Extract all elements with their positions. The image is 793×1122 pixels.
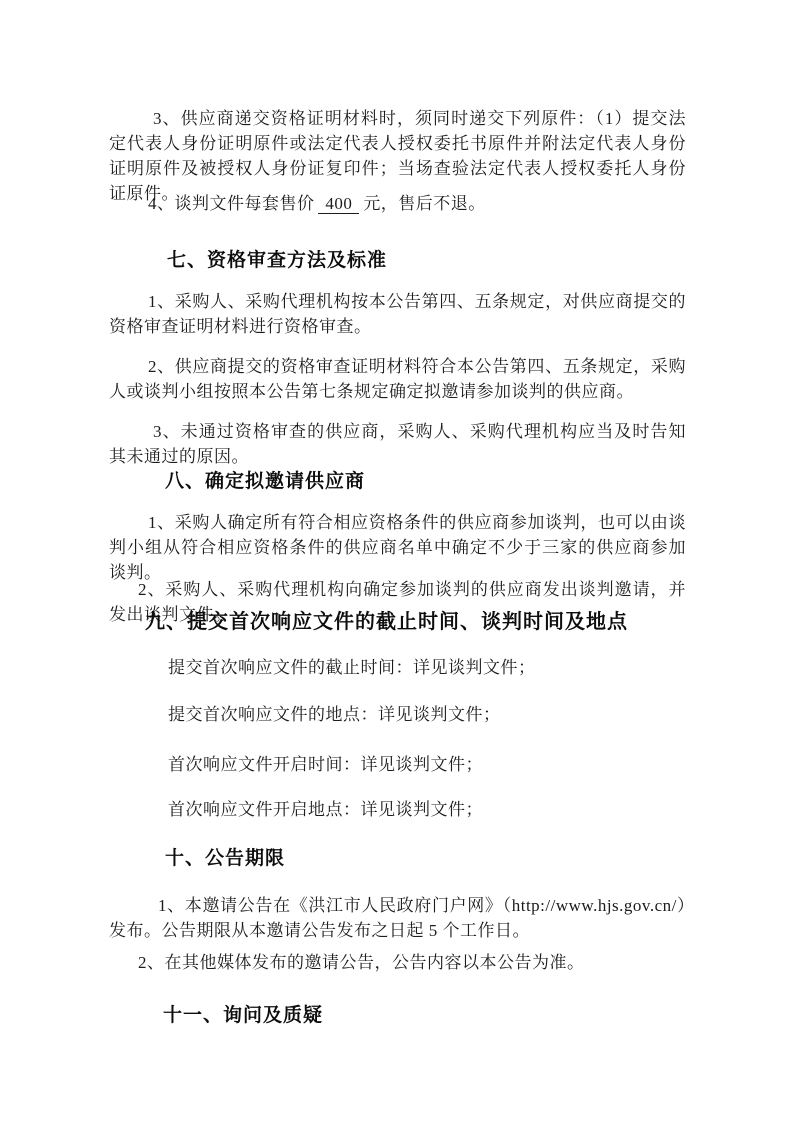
paragraph-text: 2、在其他媒体发布的邀请公告，公告内容以本公告为准。 (109, 950, 686, 975)
document-page: 3、供应商递交资格证明材料时，须同时递交下列原件：（1）提交法定代表人身份证明原… (0, 0, 793, 1122)
section-10-paragraph-1: 1、本邀请公告在《洪江市人民政府门户网》（http://www.hjs.gov.… (109, 893, 686, 943)
section-9-line-submit-place: 提交首次响应文件的地点：详见谈判文件； (168, 702, 501, 727)
section-7-paragraph-3: 3、未通过资格审查的供应商，采购人、采购代理机构应当及时告知其未通过的原因。 (109, 419, 686, 469)
section-9-line-open-time: 首次响应文件开启时间：详见谈判文件； (168, 752, 483, 777)
price-text-before: 4、谈判文件每套售价 (148, 194, 315, 213)
section-heading-8: 八、确定拟邀请供应商 (165, 470, 365, 494)
section-7-paragraph-2: 2、供应商提交的资格审查证明材料符合本公告第四、五条规定，采购人或谈判小组按照本… (109, 354, 686, 404)
paragraph-text: 4、谈判文件每套售价 400 元，售后不退。 (109, 191, 686, 216)
section-heading-9: 九、提交首次响应文件的截止时间、谈判时间及地点 (145, 610, 628, 634)
paragraph-text: 1、采购人、采购代理机构按本公告第四、五条规定，对供应商提交的资格审查证明材料进… (109, 289, 686, 339)
section-10-paragraph-2: 2、在其他媒体发布的邀请公告，公告内容以本公告为准。 (109, 950, 686, 975)
section-8-paragraph-1: 1、采购人确定所有符合相应资格条件的供应商参加谈判，也可以由谈判小组从符合相应资… (109, 510, 686, 585)
paragraph-text: 2、供应商提交的资格审查证明材料符合本公告第四、五条规定，采购人或谈判小组按照本… (109, 354, 686, 404)
paragraph-text: 3、未通过资格审查的供应商，采购人、采购代理机构应当及时告知其未通过的原因。 (109, 419, 686, 469)
paragraph-text: 1、采购人确定所有符合相应资格条件的供应商参加谈判，也可以由谈判小组从符合相应资… (109, 510, 686, 585)
section-9-line-deadline-time: 提交首次响应文件的截止时间：详见谈判文件； (168, 655, 536, 680)
price-text-after: 元，售后不退。 (363, 194, 486, 213)
section-7-paragraph-1: 1、采购人、采购代理机构按本公告第四、五条规定，对供应商提交的资格审查证明材料进… (109, 289, 686, 339)
section-heading-11: 十一、询问及质疑 (163, 1004, 323, 1028)
section-9-line-open-place: 首次响应文件开启地点：详见谈判文件； (168, 797, 483, 822)
section-heading-10: 十、公告期限 (165, 847, 285, 871)
paragraph-text: 1、本邀请公告在《洪江市人民政府门户网》（http://www.hjs.gov.… (109, 893, 686, 943)
section-heading-7: 七、资格审查方法及标准 (167, 249, 387, 273)
price-value-underlined: 400 (318, 194, 359, 214)
intro-paragraph-4: 4、谈判文件每套售价 400 元，售后不退。 (109, 191, 686, 216)
